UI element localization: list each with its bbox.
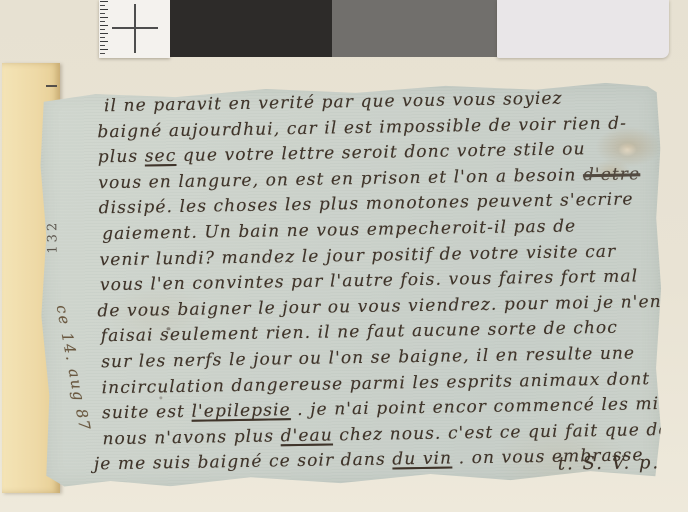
calibration-card — [99, 0, 170, 58]
crosshair-icon — [112, 27, 158, 29]
scan-mount: 132 ce 14. aug 87 il ne paravit en verit… — [0, 0, 688, 512]
calibration-patch-black — [170, 0, 332, 57]
calibration-patch-light — [497, 0, 669, 58]
ruler-scale — [100, 1, 108, 56]
calibration-patch-gray — [332, 0, 497, 57]
page-number-note: 132 — [45, 220, 60, 254]
signature: t. S. V. p. — [538, 452, 660, 474]
pencil-mark — [46, 85, 57, 87]
date-note: ce 14. aug 87 — [53, 303, 95, 433]
letter-lines: il ne paravit en verité par que vous vou… — [97, 87, 661, 480]
letter-page: 132 ce 14. aug 87 il ne paravit en verit… — [36, 78, 667, 492]
